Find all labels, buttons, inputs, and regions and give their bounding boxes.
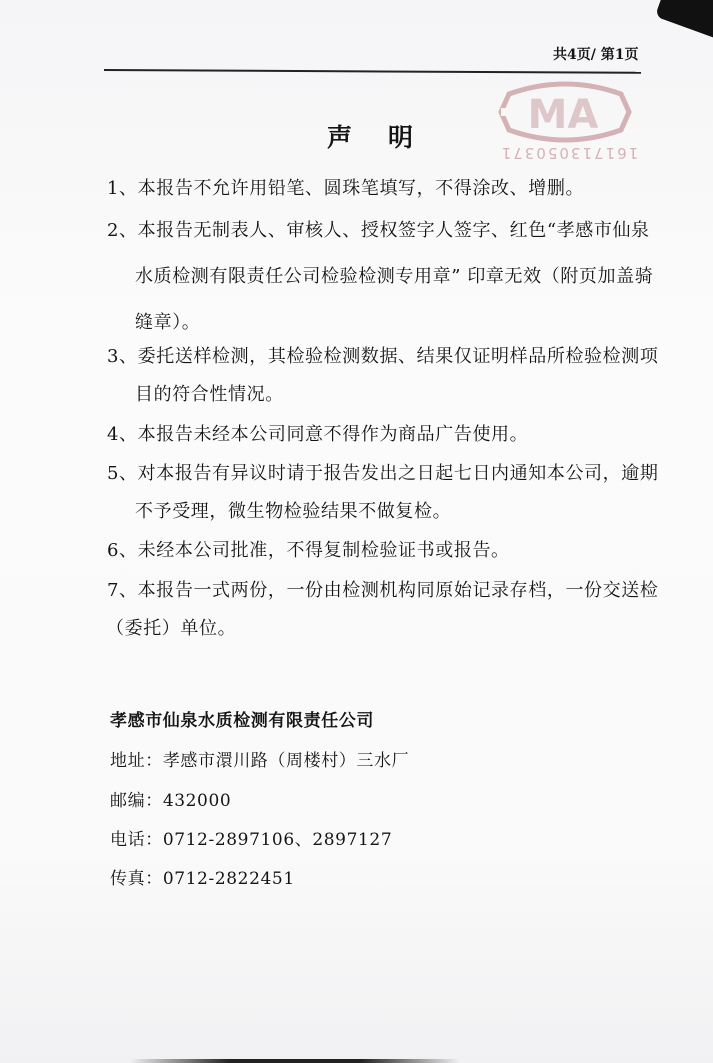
clause-2-line-2: 水质检测有限责任公司检验检测专用章” 印章无效（附页加盖骑 <box>135 262 653 288</box>
company-phone: 电话：0712-2897106、2897127 <box>110 825 392 850</box>
svg-text:AM: AM <box>528 92 599 138</box>
clause-text: 对本报告有异议时请于报告发出之日起七日内通知本公司，逾期 <box>138 463 659 484</box>
page-bottom-shadow <box>130 1059 460 1063</box>
clause-2: 2、本报告无制表人、审核人、授权签字人签字、红色“孝感市仙泉 <box>107 216 650 242</box>
clause-text: 委托送样检测，其检验检测数据、结果仅证明样品所检验检测项 <box>138 346 659 367</box>
clause-text: 本报告无制表人、审核人、授权签字人签字、红色“孝感市仙泉 <box>138 220 650 241</box>
clause-6: 6、未经本公司批准，不得复制检验证书或报告。 <box>107 536 510 562</box>
company-name: 孝感市仙泉水质检测有限责任公司 <box>110 706 374 731</box>
phone-label: 电话： <box>110 830 163 850</box>
company-fax: 传真：0712-2822451 <box>110 864 295 889</box>
fax-label: 传真： <box>110 869 163 889</box>
header-rule <box>104 69 641 74</box>
document-page: 共4页/ 第1页 AM 161713050371 声明 1、本报告不允许用铅笔、… <box>0 0 713 1063</box>
clause-4: 4、本报告未经本公司同意不得作为商品广告使用。 <box>107 420 528 446</box>
clause-text: 本报告未经本公司同意不得作为商品广告使用。 <box>138 424 529 445</box>
cma-stamp: AM 161713050371 <box>495 80 635 170</box>
company-address: 地址：孝感市澴川路（周楼村）三水厂 <box>110 746 409 771</box>
clause-7: 7、本报告一式两份，一份由检测机构同原始记录存档，一份交送检 <box>107 576 658 602</box>
fax-value: 0712-2822451 <box>163 869 295 889</box>
postcode-value: 432000 <box>163 791 232 811</box>
clause-number: 4、 <box>107 424 138 445</box>
clause-number: 2、 <box>107 220 138 241</box>
page-counter: 共4页/ 第1页 <box>553 44 638 64</box>
postcode-label: 邮编： <box>110 791 163 811</box>
clause-7-line-2: （委托）单位。 <box>106 614 236 640</box>
stamp-number: 161713050371 <box>499 144 639 162</box>
clause-number: 1、 <box>107 178 138 199</box>
clause-number: 6、 <box>107 540 138 561</box>
page-title: 声明 <box>327 118 449 154</box>
clause-5: 5、对本报告有异议时请于报告发出之日起七日内通知本公司，逾期 <box>107 459 658 485</box>
company-postcode: 邮编：432000 <box>110 786 231 811</box>
clause-2-line-3: 缝章）。 <box>135 308 200 334</box>
clause-5-line-2: 不予受理，微生物检验结果不做复检。 <box>135 497 451 523</box>
clause-text: 本报告一式两份，一份由检测机构同原始记录存档，一份交送检 <box>138 580 659 601</box>
phone-value: 0712-2897106、2897127 <box>163 830 392 850</box>
address-value: 孝感市澴川路（周楼村）三水厂 <box>163 751 409 771</box>
clause-number: 7、 <box>107 580 138 601</box>
clause-text: 未经本公司批准，不得复制检验证书或报告。 <box>138 540 510 561</box>
clause-number: 3、 <box>107 346 138 367</box>
clause-3-line-2: 目的符合性情况。 <box>135 380 284 406</box>
address-label: 地址： <box>110 751 163 771</box>
clause-3: 3、委托送样检测，其检验检测数据、结果仅证明样品所检验检测项 <box>107 342 658 368</box>
clause-text: 本报告不允许用铅笔、圆珠笔填写，不得涂改、增删。 <box>138 178 584 199</box>
clause-number: 5、 <box>107 463 138 484</box>
cma-stamp-icon: AM <box>495 80 635 145</box>
page-corner-shadow <box>655 0 713 40</box>
clause-1: 1、本报告不允许用铅笔、圆珠笔填写，不得涂改、增删。 <box>107 174 584 200</box>
